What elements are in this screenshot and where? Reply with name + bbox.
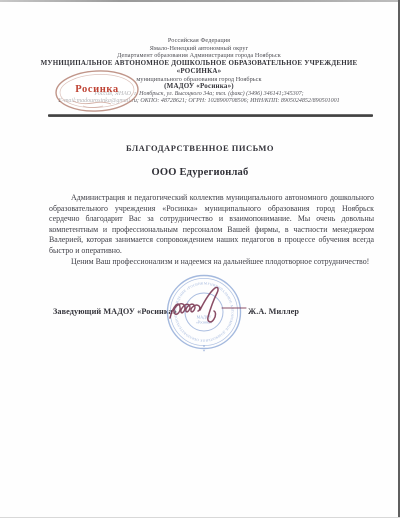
signer-position: Заведующий МАДОУ «Росинка»: [53, 307, 177, 316]
letterhead-country: Российская Федерация: [20, 37, 378, 45]
rosinka-logo-icon: Росинка: [53, 69, 141, 115]
letter-body: Администрация и педагогический коллектив…: [49, 193, 374, 267]
signature-icon: [166, 284, 258, 330]
letterhead-divider: [48, 114, 373, 117]
rosinka-logo: Росинка: [53, 69, 141, 115]
addressee-name: ООО Едурегионлаб: [0, 167, 400, 178]
document-title: БЛАГОДАРСТВЕННОЕ ПИСЬМО: [0, 143, 400, 153]
letterhead-region: Ямало-Ненецкий автономный округ: [20, 45, 378, 53]
rosinka-logo-text: Росинка: [75, 84, 119, 95]
scan-edge-top: [0, 0, 400, 2]
body-paragraph-2: Ценим Ваш профессионализм и надеемся на …: [49, 257, 374, 268]
body-paragraph-1: Администрация и педагогический коллектив…: [49, 193, 374, 257]
scanned-letter-page: Российская Федерация Ямало-Ненецкий авто…: [0, 0, 400, 518]
handwritten-signature: [166, 284, 258, 330]
